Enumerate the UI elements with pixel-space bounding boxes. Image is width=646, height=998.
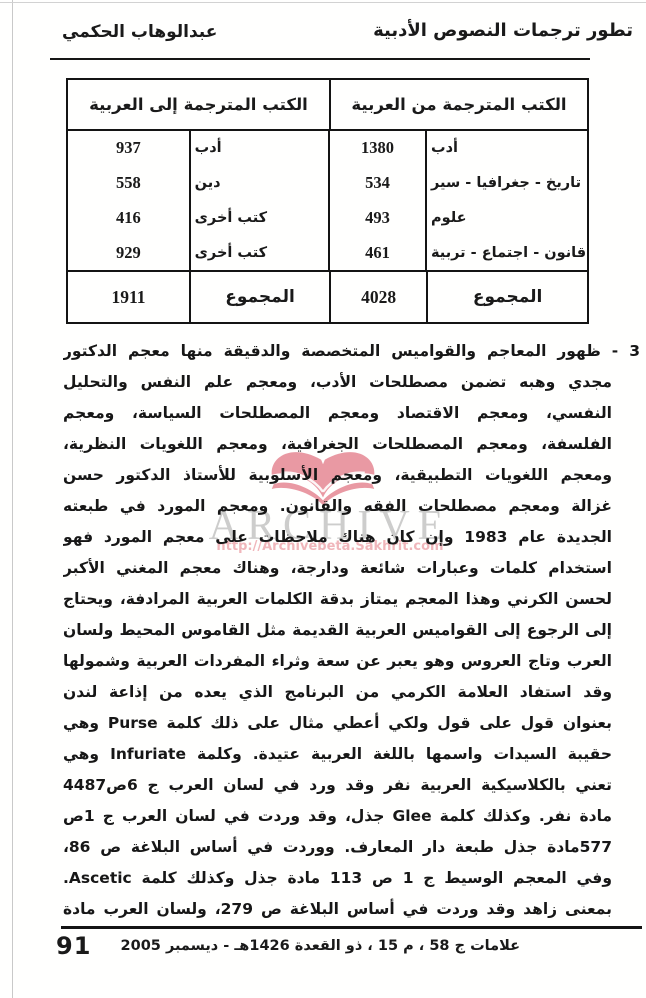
table-category-cell: كتب أخرى: [191, 201, 328, 236]
table-header-row: الكتب المترجمة إلى العربية الكتب المترجم…: [68, 80, 587, 131]
table-value-cell: 558: [68, 166, 189, 201]
table-category-cell: علوم: [427, 201, 587, 236]
page-number: 91: [56, 932, 91, 960]
table-category-cell: كتب أخرى: [191, 235, 328, 270]
header-rule: [50, 58, 590, 60]
paragraph-line: لحسن الكرني وهذا المعجم يمتاز بدقة الكلم…: [63, 584, 612, 615]
scan-edge-line: [0, 2, 646, 3]
table-category-cell: أدب: [191, 131, 328, 166]
paragraph-line: مجدي وهبه تضمن مصطلحات الأدب، ومعجم علم …: [63, 367, 612, 398]
paragraph-line: غزالة ومعجم مصطلحات الفقه والقانون. ومعج…: [63, 491, 612, 522]
table-header-into-arabic: الكتب المترجمة إلى العربية: [68, 80, 329, 129]
total-into-arabic-value: 1911: [68, 272, 189, 322]
table-value-cell: 534: [330, 166, 425, 201]
paragraph-line: 3 - ظهور المعاجم والقواميس المتخصصة والد…: [63, 336, 640, 367]
journal-citation: علامات ج 58 ، م 15 ، ذو القعدة 1426هـ - …: [121, 938, 520, 954]
table-total-row: 1911 المجموع 4028 المجموع: [68, 270, 587, 322]
into-arabic-categories-column: أدبدينكتب أخرىكتب أخرى: [189, 131, 328, 270]
paragraph-line: 577مادة جذل طبعة دار المعارف. ووردت في أ…: [63, 832, 612, 863]
paragraph-line: الجديدة عام 1983 وإن كان هناك ملاحظات عل…: [63, 522, 612, 553]
paragraph-line: مادة نفر. وكذلك كلمة Glee جذل، وقد وردت …: [63, 801, 612, 832]
table-header-from-arabic: الكتب المترجمة من العربية: [329, 80, 587, 129]
table-category-cell: أدب: [427, 131, 587, 166]
paragraph-line: الفلسفة، ومعجم المصطلحات الجغرافية، ومعج…: [63, 429, 612, 460]
paragraph-line: ومعجم اللغويات التطبيقية، ومعجم الأسلوبي…: [63, 460, 612, 491]
article-title: تطور ترجمات النصوص الأدبية: [373, 20, 633, 41]
paragraph-line: وقد استفاد العلامة الكرمي من البرنامج ال…: [63, 677, 612, 708]
paragraph-line: حقيبة السيدات واسمها باللغة العربية عتيد…: [63, 739, 612, 770]
table-category-cell: تاريخ - جغرافيا - سير: [427, 166, 587, 201]
table-value-cell: 461: [330, 235, 425, 270]
paragraph-line: إلى الرجوع إلى القواميس العربية القديمة …: [63, 615, 612, 646]
into-arabic-values-column: 937558416929: [68, 131, 189, 270]
translations-statistics-table: الكتب المترجمة إلى العربية الكتب المترجم…: [66, 78, 589, 324]
table-value-cell: 493: [330, 201, 425, 236]
body-paragraph-item-3: 3 - ظهور المعاجم والقواميس المتخصصة والد…: [63, 336, 612, 925]
footer-rule: [61, 926, 642, 929]
table-value-cell: 937: [68, 131, 189, 166]
paragraph-line: تعني بالكلاسيكية العربية نفر وقد ورد في …: [63, 770, 612, 801]
table-body: 937558416929 أدبدينكتب أخرىكتب أخرى 1380…: [68, 131, 587, 270]
table-value-cell: 1380: [330, 131, 425, 166]
from-arabic-values-column: 1380534493461: [328, 131, 425, 270]
table-category-cell: قانون - اجتماع - تربية: [427, 235, 587, 270]
from-arabic-categories-column: أدبتاريخ - جغرافيا - سيرعلومقانون - اجتم…: [425, 131, 587, 270]
total-from-arabic-label: المجموع: [426, 272, 587, 322]
table-category-cell: دين: [191, 166, 328, 201]
paragraph-line: العرب وتاج العروس وهو يعبر عن سعة وثراء …: [63, 646, 612, 677]
paragraph-line: بمعنى زاهد وقد وردت في أساس البلاغة ص 27…: [63, 894, 612, 925]
total-from-arabic-value: 4028: [329, 272, 426, 322]
table-value-cell: 929: [68, 235, 189, 270]
total-into-arabic-label: المجموع: [189, 272, 329, 322]
paragraph-line: بعنوان قول على قول ولكي أعطي مثال على ذل…: [63, 708, 612, 739]
scan-edge-line: [12, 0, 13, 998]
scanned-document-page: ARCHIVE http://Archivebeta.Sakhrit.com ت…: [0, 0, 646, 998]
paragraph-line: وفي المعجم الوسيط ج 1 ص 113 مادة جذل وكذ…: [63, 863, 612, 894]
table-value-cell: 416: [68, 201, 189, 236]
paragraph-line: النفسي، ومعجم الاقتصاد ومعجم المصطلحات ا…: [63, 398, 612, 429]
paragraph-line: استخدام كلمات وعبارات شائعة ودارجة، وهنا…: [63, 553, 612, 584]
author-name: عبدالوهاب الحكمي: [62, 22, 217, 42]
